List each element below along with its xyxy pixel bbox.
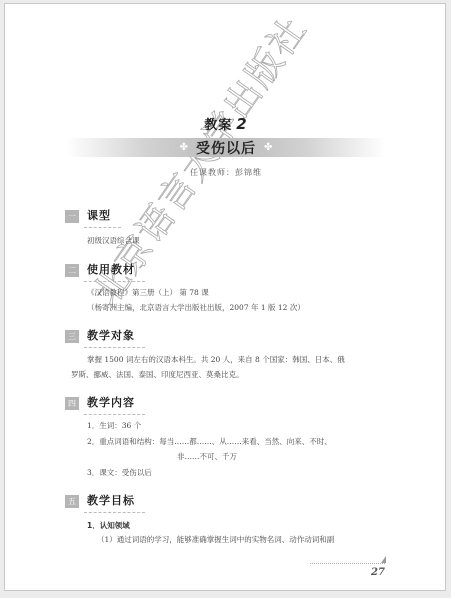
section-heading-1: 一 课型 — [65, 209, 111, 223]
section-heading-2: 二 使用教材 — [65, 263, 135, 277]
footer-dotted-rule — [310, 563, 385, 564]
section-title: 课型 — [87, 207, 111, 225]
section-title: 教学内容 — [87, 394, 135, 412]
subsection-heading: 1．认知领域 — [87, 520, 130, 531]
section-title: 教学对象 — [87, 327, 135, 345]
flower-ornament-icon: ✤ — [180, 142, 188, 153]
section-marker: 五 — [65, 495, 79, 508]
section-text: （1）通过词语的学习，能够准确掌握生词中的实物名词、动作动词和副 — [97, 536, 334, 544]
section-text: 掌握 1500 词左右的汉语本科生。共 20 人，来自 8 个国家：韩国、日本、… — [87, 356, 345, 364]
lesson-label-text: 教案 — [204, 118, 232, 133]
section-heading-4: 四 教学内容 — [65, 396, 135, 410]
title-band: ✤ 受伤以后 ✤ — [66, 138, 386, 157]
list-item: 1．生词：36 个 — [87, 422, 141, 430]
section-text: 《汉语教程》第三册（上） 第 78 课 — [87, 289, 209, 297]
section-heading-3: 三 教学对象 — [65, 329, 135, 343]
lesson-number: 2 — [236, 115, 247, 133]
section-title: 使用教材 — [87, 261, 135, 279]
section-title: 教学目标 — [87, 492, 135, 510]
teacher-line: 任课教师：彭锦维 — [5, 167, 446, 178]
section-marker: 一 — [65, 210, 79, 223]
section-marker: 二 — [65, 264, 79, 277]
section-marker: 四 — [65, 397, 79, 410]
section-heading-5: 五 教学目标 — [65, 494, 135, 508]
list-item: 3．课文：受伤以后 — [87, 469, 152, 477]
section-text: （杨寄洲主编，北京语言大学出版社出版，2007 年 1 版 12 次） — [87, 304, 305, 312]
lesson-label: 教案2 — [5, 114, 446, 133]
flower-ornament-icon: ✤ — [264, 142, 272, 153]
list-item: 2．重点词语和结构：每当……都……、从……来看、当然、向来、不时、 — [87, 438, 332, 446]
document-page: 北京语言大学出版社 教案2 ✤ 受伤以后 ✤ 任课教师：彭锦维 一 课型 初级汉… — [4, 3, 446, 591]
page-number: 27 — [371, 567, 385, 578]
section-marker: 三 — [65, 330, 79, 343]
lesson-title: 受伤以后 — [196, 138, 256, 158]
section-text: 初级汉语综合课 — [87, 237, 140, 245]
section-text: 罗斯、挪威、法国、泰国、印度尼西亚、莫桑比克。 — [71, 371, 244, 379]
list-item-continuation: 非……不可、千万 — [177, 453, 237, 461]
footer-triangle-icon — [381, 556, 386, 563]
